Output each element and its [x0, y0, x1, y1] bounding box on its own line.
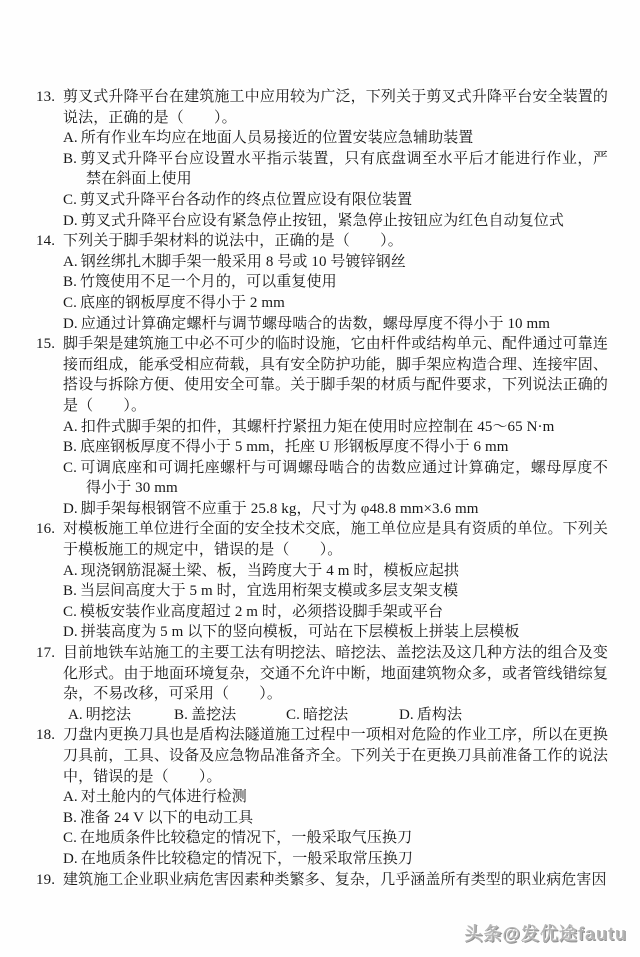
- option-label: B.: [63, 583, 77, 599]
- option-c: C.在地质条件比较稳定的情况下，一般采取气压换刀: [63, 828, 608, 849]
- question-item: 15.脚手架是建筑施工中必不可少的临时设施，它由杆件或结构单元、配件通过可靠连接…: [36, 334, 608, 519]
- option-label: C.: [63, 604, 77, 620]
- option-text: 暗挖法: [303, 707, 348, 723]
- option-text: 在地质条件比较稳定的情况下，一般采取常压换刀: [81, 851, 413, 867]
- option-label: D.: [63, 624, 78, 640]
- question-body: 下列关于脚手架材料的说法中，正确的是（ ）。A.钢丝绑扎木脚手架一般采用 8 号…: [63, 231, 608, 334]
- question-item: 17.目前地铁车站施工的主要工法有明挖法、暗挖法、盖挖法及这几种方法的组合及变化…: [36, 643, 608, 725]
- option-c: C.底座的钢板厚度不得小于 2 mm: [63, 293, 608, 314]
- question-stem: 目前地铁车站施工的主要工法有明挖法、暗挖法、盖挖法及这几种方法的组合及变化形式。…: [63, 643, 608, 705]
- option-label: C.: [286, 707, 300, 723]
- option-text: 现浇钢筋混凝土梁、板，当跨度大于 4 m 时，模板应起拱: [81, 563, 459, 579]
- option-a: A.现浇钢筋混凝土梁、板，当跨度大于 4 m 时，模板应起拱: [63, 561, 608, 582]
- question-number: 13.: [36, 87, 63, 108]
- option-b: B.盖挖法: [174, 705, 286, 726]
- question-number: 17.: [36, 643, 63, 664]
- question-number: 18.: [36, 725, 63, 746]
- option-d: D.脚手架每根钢管不应重于 25.8 kg，尺寸为 φ48.8 mm×3.6 m…: [63, 499, 608, 520]
- question-stem: 刀盘内更换刀具也是盾构法隧道施工过程中一项相对危险的作业工序，所以在更换刀具前，…: [63, 725, 608, 787]
- option-text: 剪叉式升降平台各动作的终点位置应设有限位装置: [80, 192, 412, 208]
- question-stem: 建筑施工企业职业病危害因素种类繁多、复杂，几乎涵盖所有类型的职业病危害因: [63, 870, 608, 891]
- option-label: C.: [63, 460, 77, 476]
- option-label: A.: [63, 419, 78, 435]
- option-label: D.: [63, 213, 78, 229]
- option-c: C.剪叉式升降平台各动作的终点位置应设有限位装置: [63, 190, 608, 211]
- option-text: 对土舱内的气体进行检测: [81, 789, 247, 805]
- question-item: 18.刀盘内更换刀具也是盾构法隧道施工过程中一项相对危险的作业工序，所以在更换刀…: [36, 725, 608, 869]
- option-label: B.: [63, 151, 77, 167]
- question-list: 13.剪叉式升降平台在建筑施工中应用较为广泛，下列关于剪叉式升降平台安全装置的说…: [36, 87, 608, 890]
- option-b: B.底座钢板厚度不得小于 5 mm，托座 U 形钢板厚度不得小于 6 mm: [63, 437, 608, 458]
- option-text: 盾构法: [417, 707, 462, 723]
- option-text: 脚手架每根钢管不应重于 25.8 kg，尺寸为 φ48.8 mm×3.6 mm: [81, 501, 479, 517]
- option-d: D.剪叉式升降平台应设有紧急停止按钮，紧急停止按钮应为红色自动复位式: [63, 211, 608, 232]
- exam-page: 13.剪叉式升降平台在建筑施工中应用较为广泛，下列关于剪叉式升降平台安全装置的说…: [0, 0, 640, 957]
- option-label: B.: [63, 274, 77, 290]
- option-label: A.: [63, 563, 78, 579]
- option-text: 所有作业车均应在地面人员易接近的位置安装应急辅助装置: [81, 130, 474, 146]
- option-label: C.: [63, 830, 77, 846]
- option-text: 盖挖法: [191, 707, 236, 723]
- option-text: 扣件式脚手架的扣件，其螺杆拧紧扭力矩在使用时应控制在 45～65 N·m: [81, 419, 555, 435]
- question-body: 对模板施工单位进行全面的安全技术交底，施工单位应是具有资质的单位。下列关于模板施…: [63, 519, 608, 643]
- option-text: 剪叉式升降平台应设有紧急停止按钮，紧急停止按钮应为红色自动复位式: [81, 213, 564, 229]
- question-number: 16.: [36, 519, 63, 540]
- option-text: 准备 24 V 以下的电动工具: [80, 810, 253, 826]
- question-body: 脚手架是建筑施工中必不可少的临时设施，它由杆件或结构单元、配件通过可靠连接而组成…: [63, 334, 608, 519]
- option-b: B.准备 24 V 以下的电动工具: [63, 808, 608, 829]
- question-stem: 脚手架是建筑施工中必不可少的临时设施，它由杆件或结构单元、配件通过可靠连接而组成…: [63, 334, 608, 416]
- option-text: 竹篾使用不足一个月的，可以重复使用: [80, 274, 337, 290]
- option-text: 在地质条件比较稳定的情况下，一般采取气压换刀: [80, 830, 412, 846]
- option-label: C.: [63, 295, 77, 311]
- watermark: 头条@发优途fautu: [464, 920, 627, 946]
- option-label: D.: [399, 707, 414, 723]
- option-d: D.盾构法: [399, 705, 462, 726]
- option-label: D.: [63, 316, 78, 332]
- option-text: 剪叉式升降平台应设置水平指示装置，只有底盘调至水平后才能进行作业，严禁在斜面上使…: [80, 151, 608, 188]
- question-body: 建筑施工企业职业病危害因素种类繁多、复杂，几乎涵盖所有类型的职业病危害因: [63, 870, 608, 891]
- option-label: A.: [68, 707, 83, 723]
- option-c: C.暗挖法: [286, 705, 399, 726]
- option-text: 底座的钢板厚度不得小于 2 mm: [80, 295, 285, 311]
- question-item: 16.对模板施工单位进行全面的安全技术交底，施工单位应是具有资质的单位。下列关于…: [36, 519, 608, 643]
- option-text: 应通过计算确定螺杆与调节螺母啮合的齿数，螺母厚度不得小于 10 mm: [81, 316, 550, 332]
- option-c: C.模板安装作业高度超过 2 m 时，必须搭设脚手架或平台: [63, 602, 608, 623]
- question-number: 15.: [36, 334, 63, 355]
- question-body: 剪叉式升降平台在建筑施工中应用较为广泛，下列关于剪叉式升降平台安全装置的说法，正…: [63, 87, 608, 231]
- option-text: 当层间高度大于 5 m 时，宜选用桁架支模或多层支架支模: [80, 583, 458, 599]
- option-label: D.: [63, 851, 78, 867]
- question-stem: 对模板施工单位进行全面的安全技术交底，施工单位应是具有资质的单位。下列关于模板施…: [63, 519, 608, 560]
- option-label: B.: [63, 439, 77, 455]
- option-b: B.剪叉式升降平台应设置水平指示装置，只有底盘调至水平后才能进行作业，严禁在斜面…: [63, 149, 608, 190]
- option-b: B.竹篾使用不足一个月的，可以重复使用: [63, 272, 608, 293]
- question-item: 14.下列关于脚手架材料的说法中，正确的是（ ）。A.钢丝绑扎木脚手架一般采用 …: [36, 231, 608, 334]
- option-c: C.可调底座和可调托座螺杆与可调螺母啮合的齿数应通过计算确定，螺母厚度不得小于 …: [63, 458, 608, 499]
- option-a: A.明挖法: [68, 705, 174, 726]
- question-stem: 下列关于脚手架材料的说法中，正确的是（ ）。: [63, 231, 608, 252]
- question-item: 13.剪叉式升降平台在建筑施工中应用较为广泛，下列关于剪叉式升降平台安全装置的说…: [36, 87, 608, 231]
- option-d: D.在地质条件比较稳定的情况下，一般采取常压换刀: [63, 849, 608, 870]
- option-text: 钢丝绑扎木脚手架一般采用 8 号或 10 号镀锌钢丝: [81, 254, 406, 270]
- options-row: A.明挖法B.盖挖法C.暗挖法D.盾构法: [63, 705, 608, 726]
- option-label: A.: [63, 130, 78, 146]
- question-stem: 剪叉式升降平台在建筑施工中应用较为广泛，下列关于剪叉式升降平台安全装置的说法，正…: [63, 87, 608, 128]
- option-b: B.当层间高度大于 5 m 时，宜选用桁架支模或多层支架支模: [63, 581, 608, 602]
- option-text: 可调底座和可调托座螺杆与可调螺母啮合的齿数应通过计算确定，螺母厚度不得小于 30…: [80, 460, 608, 497]
- option-label: B.: [63, 810, 77, 826]
- option-d: D.拼装高度为 5 m 以下的竖向模板，可站在下层模板上拼装上层模板: [63, 622, 608, 643]
- option-label: B.: [174, 707, 188, 723]
- option-label: D.: [63, 501, 78, 517]
- option-text: 模板安装作业高度超过 2 m 时，必须搭设脚手架或平台: [80, 604, 443, 620]
- option-label: A.: [63, 789, 78, 805]
- question-item: 19.建筑施工企业职业病危害因素种类繁多、复杂，几乎涵盖所有类型的职业病危害因: [36, 870, 608, 891]
- option-label: C.: [63, 192, 77, 208]
- option-text: 拼装高度为 5 m 以下的竖向模板，可站在下层模板上拼装上层模板: [81, 624, 520, 640]
- question-number: 19.: [36, 870, 63, 891]
- option-a: A.钢丝绑扎木脚手架一般采用 8 号或 10 号镀锌钢丝: [63, 252, 608, 273]
- option-text: 明挖法: [86, 707, 131, 723]
- question-number: 14.: [36, 231, 63, 252]
- question-body: 刀盘内更换刀具也是盾构法隧道施工过程中一项相对危险的作业工序，所以在更换刀具前，…: [63, 725, 608, 869]
- option-text: 底座钢板厚度不得小于 5 mm，托座 U 形钢板厚度不得小于 6 mm: [80, 439, 509, 455]
- option-label: A.: [63, 254, 78, 270]
- option-a: A.对土舱内的气体进行检测: [63, 787, 608, 808]
- option-a: A.所有作业车均应在地面人员易接近的位置安装应急辅助装置: [63, 128, 608, 149]
- option-a: A.扣件式脚手架的扣件，其螺杆拧紧扭力矩在使用时应控制在 45～65 N·m: [63, 417, 608, 438]
- question-body: 目前地铁车站施工的主要工法有明挖法、暗挖法、盖挖法及这几种方法的组合及变化形式。…: [63, 643, 608, 725]
- option-d: D.应通过计算确定螺杆与调节螺母啮合的齿数，螺母厚度不得小于 10 mm: [63, 314, 608, 335]
